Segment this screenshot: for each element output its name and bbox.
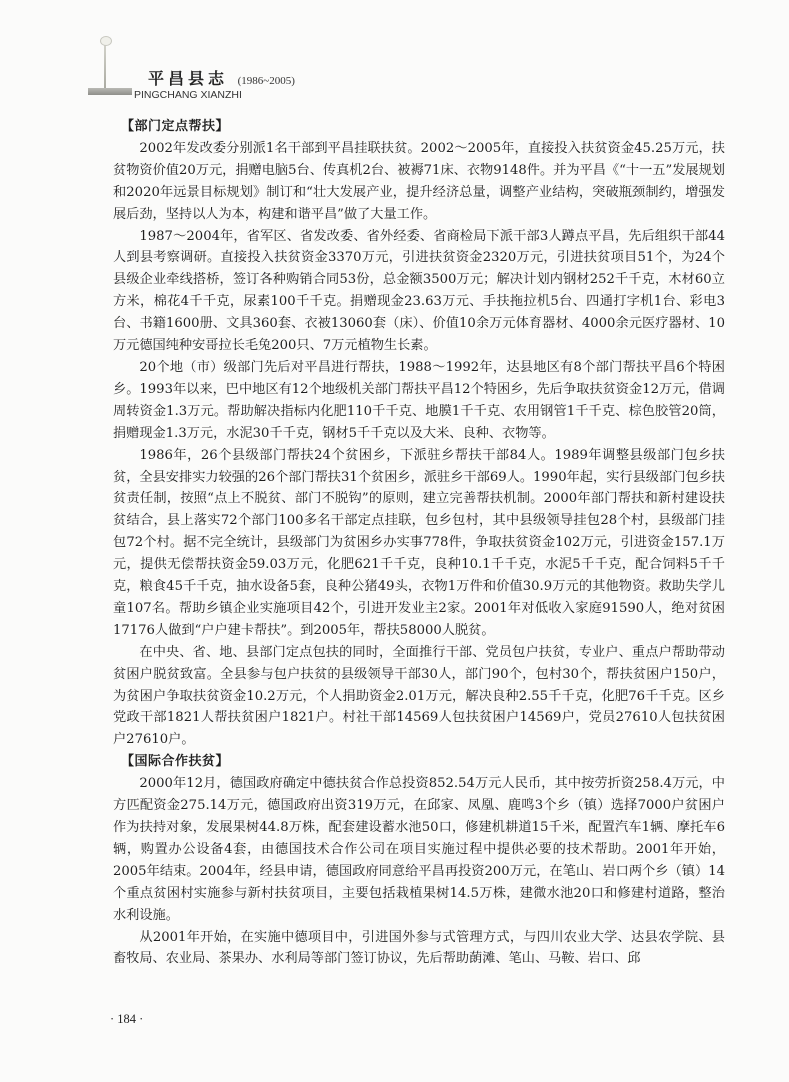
book-subtitle-pinyin: PINGCHANG XIANZHI xyxy=(134,89,242,101)
book-page: 平昌县志 (1986~2005) PINGCHANG XIANZHI 【部门定点… xyxy=(0,0,789,1082)
paragraph: 在中央、省、地、县部门定点包扶的同时，全面推行干部、党员包户扶贫，专业户、重点户… xyxy=(113,642,725,752)
paragraph: 2000年12月，德国政府确定中德扶贫合作总投资852.54万元人民币，其中按劳… xyxy=(113,773,725,926)
book-years: (1986~2005) xyxy=(238,75,295,87)
book-title: 平昌县志 (1986~2005) xyxy=(148,66,295,89)
running-header: 平昌县志 (1986~2005) PINGCHANG XIANZHI xyxy=(88,20,488,100)
book-title-text: 平昌县志 xyxy=(148,69,228,88)
paragraph: 1987～2004年，省军区、省发改委、省外经委、省商检局下派干部3人蹲点平昌，… xyxy=(113,226,725,357)
paragraph: 从2001年开始，在实施中德项目中，引进国外参与式管理方式，与四川农业大学、达县… xyxy=(113,927,725,971)
header-ornament-bar xyxy=(88,88,132,95)
page-number: · 184 · xyxy=(110,1012,143,1027)
paragraph: 1986年，26个县级部门帮扶24个贫困乡，下派驻乡帮扶干部84人。1989年调… xyxy=(113,445,725,642)
paragraph: 20个地（市）级部门先后对平昌进行帮扶，1988～1992年，达县地区有8个部门… xyxy=(113,357,725,445)
section-heading-international-aid: 【国际合作扶贫】 xyxy=(113,751,725,773)
paragraph: 2002年发改委分别派1名干部到平昌挂联扶贫。2002～2005年，直接投入扶贫… xyxy=(113,138,725,226)
body-text: 【部门定点帮扶】 2002年发改委分别派1名干部到平昌挂联扶贫。2002～200… xyxy=(113,116,725,970)
section-heading-department-aid: 【部门定点帮扶】 xyxy=(113,116,725,138)
header-ornament-knob xyxy=(100,36,112,46)
